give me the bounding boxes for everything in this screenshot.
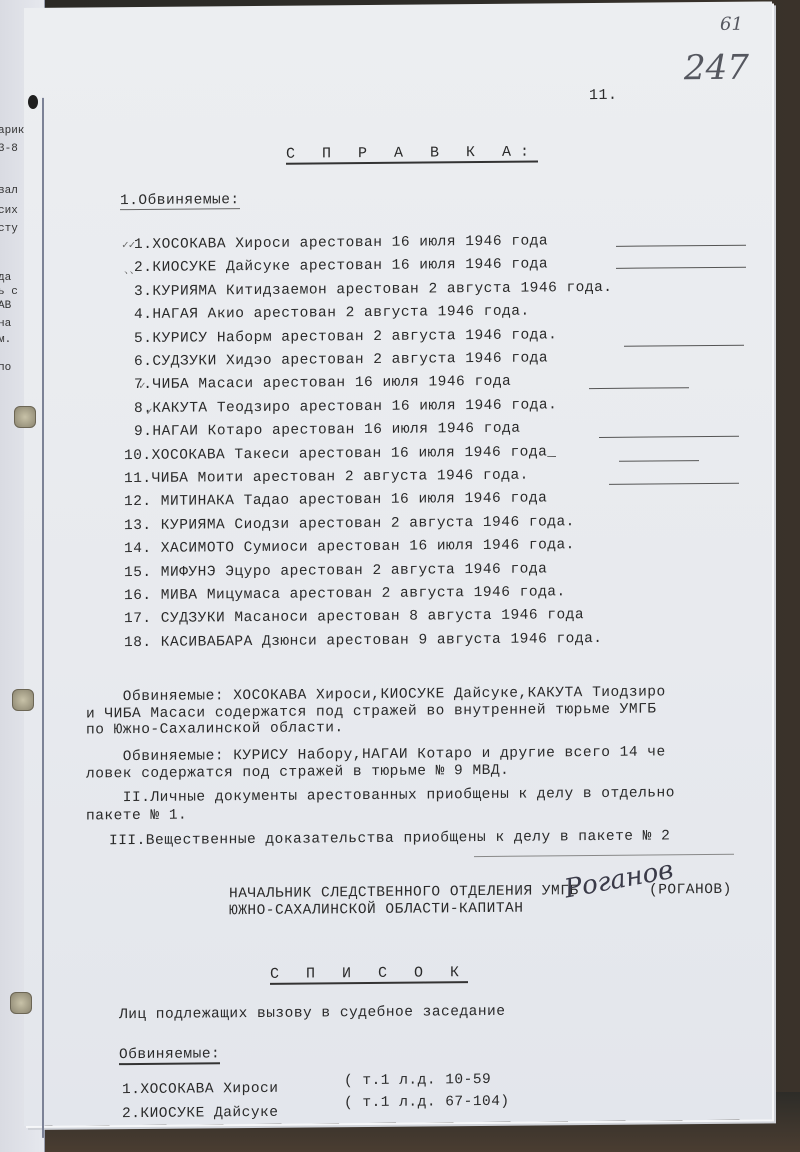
back-page-fragment: да: [0, 272, 11, 285]
back-page-fragment: вал: [0, 185, 18, 198]
binding-hole: [28, 95, 38, 109]
paragraph-line: ловек содержатся под стражей в тюрьме № …: [86, 762, 509, 782]
summoned-name: 1.ХОСОКАВА Хироси: [122, 1081, 278, 1098]
paragraph-line: по Южно-Сахалинской области.: [86, 720, 344, 738]
paragraph-line: Обвиняемые: КУРИСУ Набору,НАГАИ Котаро и…: [86, 744, 666, 765]
accused-list-item: 11.ЧИБА Моити арестован 2 августа 1946 г…: [124, 468, 529, 488]
paragraph-line: II.Личные документы арестованных приобще…: [86, 785, 675, 806]
accused-list-item: 18. КАСИВАБАРА Дзюнси арестован 9 август…: [124, 631, 602, 651]
accused-list-item: 15. МИФУНЭ Эцуро арестован 2 августа 194…: [124, 561, 547, 581]
signature-title-line2: ЮЖНО-САХАЛИНСКОЙ ОБЛАСТИ-КАПИТАН: [229, 901, 523, 920]
binding-ring: [10, 992, 32, 1014]
accused-list-item: 17. СУДЗУКИ Масаноси арестован 8 августа…: [124, 608, 584, 628]
archive-mark: 61: [720, 14, 743, 35]
check-mark: ✓: [146, 405, 153, 419]
accused-list-item: 5.КУРИСУ Наборм арестован 2 августа 1946…: [134, 327, 557, 347]
check-mark: ✓✓: [122, 238, 135, 252]
fill-line: [624, 345, 744, 347]
back-page-fragment: АВ: [0, 300, 11, 313]
archive-sheet-number: 247: [684, 48, 749, 89]
accused-list-item: 9.НАГАИ Котаро арестован 16 июля 1946 го…: [134, 421, 520, 440]
paragraph-custody-mvd: Обвиняемые: КУРИСУ Набору,НАГАИ Котаро и…: [24, 1, 772, 8]
page-number: 11.: [589, 87, 618, 104]
summoned-name: 2.КИОСУКЕ Дайсуке: [122, 1105, 278, 1122]
paragraph-custody-umgb: Обвиняемые: ХОСОКАВА Хироси,КИОСУКЕ Дайс…: [24, 1, 772, 8]
fill-line: [474, 854, 734, 857]
back-page-fragment: ь с: [0, 286, 18, 299]
accused-list-item: 3.КУРИЯМА Китидзаемон арестован 2 август…: [134, 280, 612, 300]
back-page-fragment: на: [0, 318, 11, 331]
paragraph-material-evidence: III.Вещественные доказательства приобщен…: [109, 828, 670, 849]
fill-line: [599, 436, 739, 438]
back-page-fragment: 3-8: [0, 143, 18, 156]
fill-line: [616, 267, 746, 269]
list-section-heading: Обвиняемые:: [119, 1046, 220, 1065]
accused-list-item: 14. ХАСИМОТО Сумиоси арестован 16 июля 1…: [124, 537, 575, 557]
accused-list-item: 6.СУДЗУКИ Хидэо арестован 2 августа 1946…: [134, 350, 548, 370]
accused-list-item: 16. МИВА Мицумаса арестован 2 августа 19…: [124, 584, 566, 604]
accused-list-item: 8.КАКУТА Теодзиро арестован 16 июля 1946…: [134, 397, 557, 417]
summoned-list: 1.ХОСОКАВА Хироси( т.1 л.д. 10-592.КИОСУ…: [24, 1, 772, 8]
back-page-fragment: м.: [0, 334, 11, 347]
accused-list: 1.ХОСОКАВА Хироси арестован 16 июля 1946…: [24, 1, 772, 8]
fill-line: [616, 245, 746, 247]
accused-list-item: 13. КУРИЯМА Сиодзи арестован 2 августа 1…: [124, 514, 575, 534]
accused-list-item: 10.ХОСОКАВА Такеси арестован 16 июля 194…: [124, 444, 556, 464]
accused-list-item: 7.ЧИБА Масаси арестован 16 июля 1946 год…: [134, 374, 511, 393]
list-title: С П И С О К: [270, 964, 468, 985]
paragraph-line: пакете № 1.: [86, 808, 187, 825]
accused-list-item: 12. МИТИНАКА Тадао арестован 16 июля 194…: [124, 491, 547, 511]
binding-fold: [42, 98, 44, 1138]
accused-list-item: 1.ХОСОКАВА Хироси арестован 16 июля 1946…: [134, 233, 548, 253]
back-page-fragment: сиx: [0, 205, 18, 218]
accused-list-item: 2.КИОСУКЕ Дайсуке арестован 16 июля 1946…: [134, 257, 548, 277]
fill-line: [609, 483, 739, 485]
fill-line: [619, 460, 699, 462]
accused-list-item: 4.НАГАЯ Акио арестован 2 августа 1946 го…: [134, 304, 530, 323]
signature-title-line1: НАЧАЛЬНИК СЛЕДСТВЕННОГО ОТДЕЛЕНИЯ УМГБ: [229, 883, 579, 902]
binding-ring: [14, 406, 36, 428]
check-mark: ✓: [139, 379, 146, 393]
check-mark: 、、: [124, 261, 141, 277]
section-heading-accused: 1.Обвиняемые:: [120, 192, 240, 210]
paragraph-personal-documents: II.Личные документы арестованных приобще…: [24, 1, 772, 8]
case-file-reference: ( т.1 л.д. 67-104): [344, 1094, 510, 1111]
back-page-fragment: по: [0, 362, 11, 375]
document-page: 11. 61 247 С П Р А В К А: 1.Обвиняемые: …: [24, 1, 772, 1126]
fill-line: [589, 387, 689, 389]
binding-ring: [12, 689, 34, 711]
back-page-fragment: сту: [0, 223, 18, 236]
case-file-reference: ( т.1 л.д. 10-59: [344, 1072, 491, 1089]
document-title: С П Р А В К А:: [286, 144, 538, 165]
list-subtitle: Лиц подлежащих вызову в судебное заседан…: [119, 1004, 505, 1023]
